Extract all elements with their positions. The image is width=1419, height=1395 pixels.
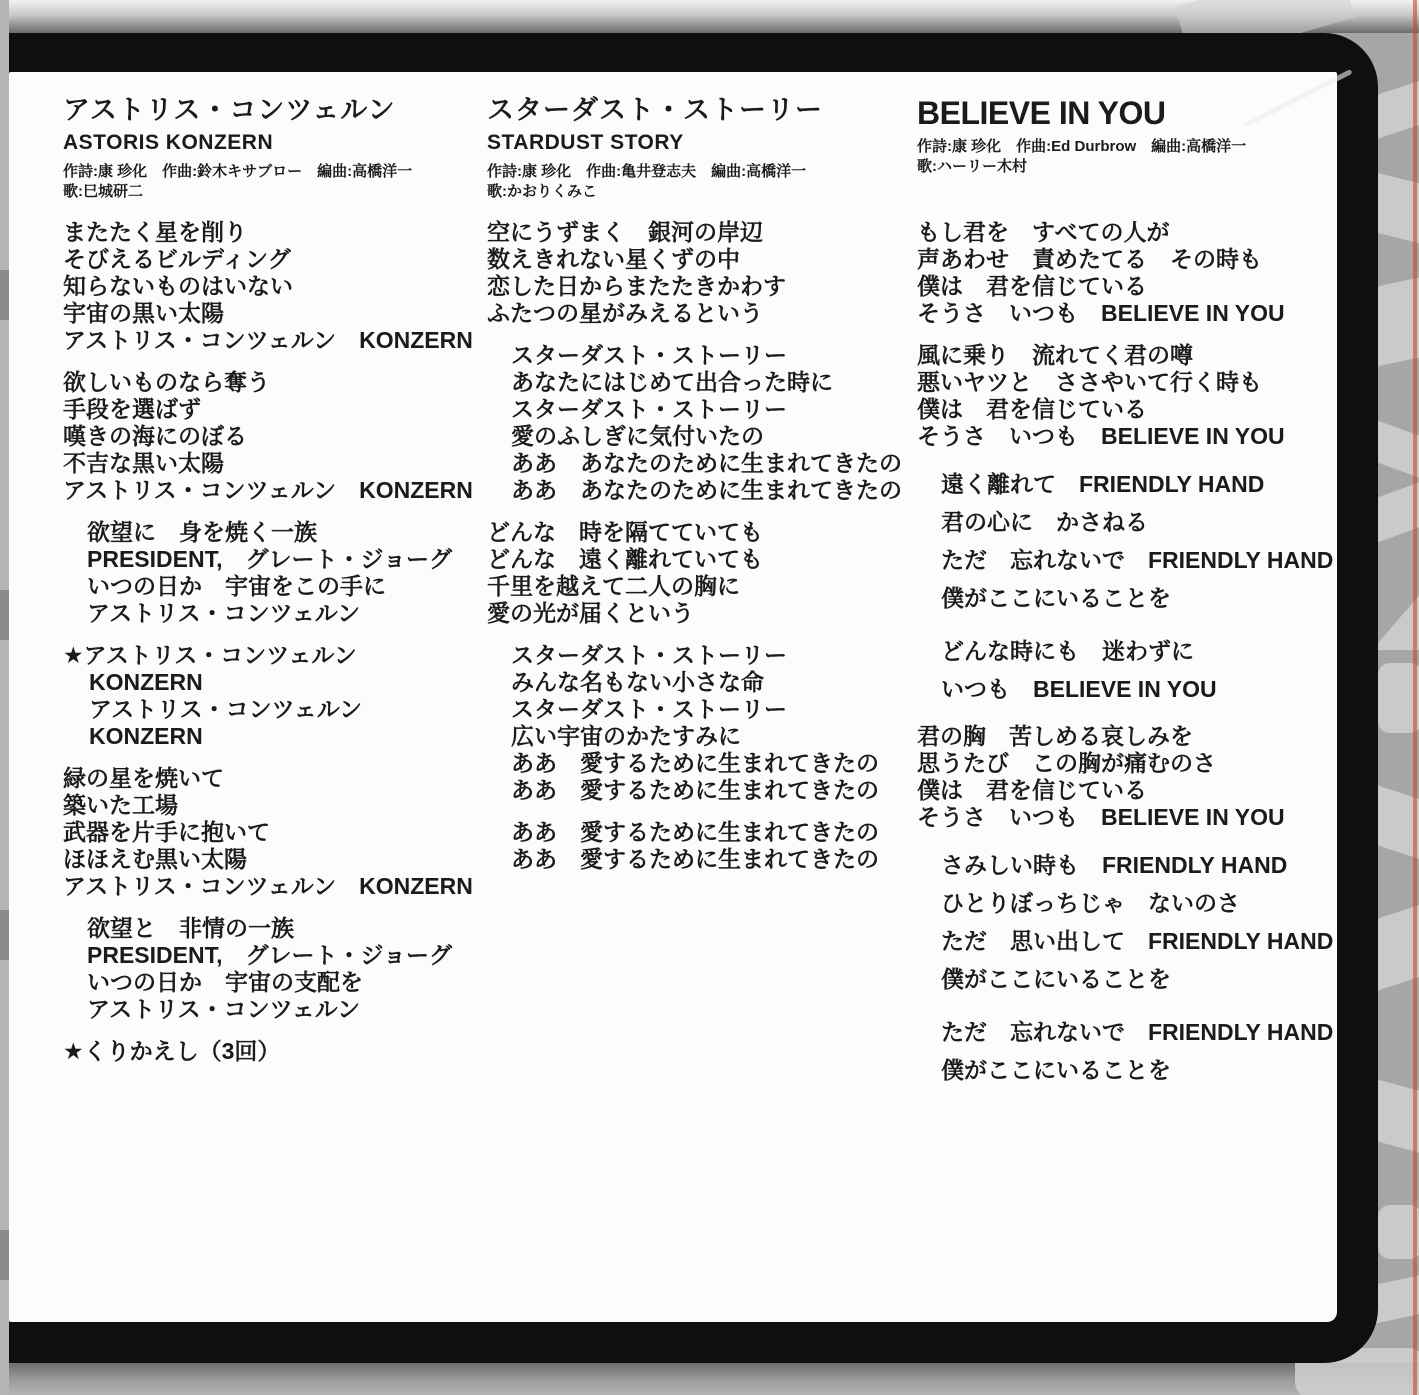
scan-left-edge <box>0 0 9 1395</box>
lyric-stanza: 空にうずまく 銀河の岸辺 数えきれない星くずの中 恋した日からまたたきかわす ふ… <box>487 219 917 327</box>
lyric-line: いつの日か 宇宙をこの手に <box>87 573 493 600</box>
lyric-stanza: またたく星を削り そびえるビルディング 知らないものはいない 宇宙の黒い太陽 ア… <box>63 219 493 354</box>
lyric-line: PRESIDENT, グレート・ジョーグ <box>87 546 493 573</box>
lyric-stanza: もし君を すべての人が 声あわせ 責めたてる その時も 僕は 君を信じている そ… <box>917 219 1347 327</box>
lyric-line: スターダスト・ストーリー <box>511 642 917 669</box>
lyric-line: そうさ いつも BELIEVE IN YOU <box>917 804 1347 831</box>
lyric-line: 緑の星を焼いて <box>63 765 493 792</box>
lyric-stanza: さみしい時も FRIENDLY HAND ひとりぼっちじゃ ないのさ ただ 思い… <box>917 846 1347 998</box>
song-header: アストリス・コンツェルン ASTORIS KONZERN 作詩:康 珍化 作曲:… <box>63 95 493 219</box>
lyric-line: ★アストリス・コンツェルン <box>63 642 493 669</box>
lyric-line: アストリス・コンツェルン KONZERN <box>63 477 493 504</box>
lyric-stanza: 風に乗り 流れてく君の噂 悪いヤツと ささやいて行く時も 僕は 君を信じている … <box>917 342 1347 450</box>
song-title: アストリス・コンツェルン <box>63 95 493 126</box>
lyric-stanza: 君の胸 苦しめる哀しみを 思うたび この胸が痛むのさ 僕は 君を信じている そう… <box>917 723 1347 831</box>
song-section-astoris-konzern: アストリス・コンツェルン ASTORIS KONZERN 作詩:康 珍化 作曲:… <box>63 95 493 1080</box>
lyric-line: 僕は 君を信じている <box>917 777 1347 804</box>
song-header: BELIEVE IN YOU 作詩:康 珍化 作曲:Ed Durbrow 編曲:… <box>917 95 1347 219</box>
lyric-stanza: 欲望と 非情の一族 PRESIDENT, グレート・ジョーグ いつの日か 宇宙の… <box>63 915 493 1023</box>
lyric-line: ああ 愛するために生まれてきたの <box>511 846 917 873</box>
lyric-stanza: 欲望に 身を焼く一族 PRESIDENT, グレート・ジョーグ いつの日か 宇宙… <box>63 519 493 627</box>
lyric-line: スターダスト・ストーリー <box>511 396 917 423</box>
lyric-stanza: ただ 忘れないで FRIENDLY HAND 僕がここにいることを <box>917 1013 1347 1089</box>
lyric-line: ふたつの星がみえるという <box>487 300 917 327</box>
lyric-line: いつの日か 宇宙の支配を <box>87 969 493 996</box>
lyric-line: ただ 思い出して FRIENDLY HAND <box>941 922 1347 960</box>
lyric-line: そうさ いつも BELIEVE IN YOU <box>917 300 1347 327</box>
lyric-line: 風に乗り 流れてく君の噂 <box>917 342 1347 369</box>
lyric-line: アストリス・コンツェルン <box>87 600 493 627</box>
song-title-romanized: ASTORIS KONZERN <box>63 131 493 155</box>
background-pattern-shape <box>1372 585 1419 650</box>
lyric-line: PRESIDENT, グレート・ジョーグ <box>87 942 493 969</box>
lyric-line: 千里を越えて二人の胸に <box>487 573 917 600</box>
song-credits-line: 歌:巳城研二 <box>63 182 493 202</box>
lyric-line: 広い宇宙のかたすみに <box>511 723 917 750</box>
lyric-line: 僕がここにいることを <box>941 579 1347 617</box>
song-credits-line: 作詩:康 珍化 作曲:Ed Durbrow 編曲:高橋洋一 <box>917 137 1347 157</box>
lyric-line: 欲望と 非情の一族 <box>87 915 493 942</box>
lyric-line: どんな 遠く離れていても <box>487 546 917 573</box>
lyric-line: 僕がここにいることを <box>941 960 1347 998</box>
lyric-line: 君の胸 苦しめる哀しみを <box>917 723 1347 750</box>
lyric-line: またたく星を削り <box>63 219 493 246</box>
lyric-line: ああ 愛するために生まれてきたの <box>511 777 917 804</box>
lyric-line: 嘆きの海にのぼる <box>63 423 493 450</box>
lyric-line: さみしい時も FRIENDLY HAND <box>941 846 1347 884</box>
lyric-line: そうさ いつも BELIEVE IN YOU <box>917 423 1347 450</box>
lyric-stanza: どんな時にも 迷わずに いつも BELIEVE IN YOU <box>917 632 1347 708</box>
lyric-stanza: ああ 愛するために生まれてきたの ああ 愛するために生まれてきたの <box>487 819 917 873</box>
lyric-stanza: スターダスト・ストーリー みんな名もない小さな命 スターダスト・ストーリー 広い… <box>487 642 917 804</box>
lyric-line: アストリス・コンツェルン <box>89 696 493 723</box>
lyric-line: ただ 忘れないで FRIENDLY HAND <box>941 1013 1347 1051</box>
lyric-line: スターダスト・ストーリー <box>511 696 917 723</box>
lyric-line: そびえるビルディング <box>63 246 493 273</box>
lyric-line: ああ 愛するために生まれてきたの <box>511 819 917 846</box>
scanned-lyrics-page: アストリス・コンツェルン ASTORIS KONZERN 作詩:康 珍化 作曲:… <box>0 0 1419 1395</box>
repeat-instruction: ★くりかえし（3回） <box>63 1038 493 1065</box>
scan-bottom-edge <box>0 1363 1419 1395</box>
lyric-stanza: 欲しいものなら奪う 手段を選ばず 嘆きの海にのぼる 不吉な黒い太陽 アストリス・… <box>63 369 493 504</box>
lyric-line: あなたにはじめて出合った時に <box>511 369 917 396</box>
lyric-stanza-refrain: ★アストリス・コンツェルン KONZERN アストリス・コンツェルン KONZE… <box>63 642 493 750</box>
lyric-stanza: 遠く離れて FRIENDLY HAND 君の心に かさねる ただ 忘れないで F… <box>917 465 1347 617</box>
lyric-line: 悪いヤツと ささやいて行く時も <box>917 369 1347 396</box>
song-credits-line: 作詩:康 珍化 作曲:鈴木キサブロー 編曲:高橋洋一 <box>63 162 493 182</box>
lyric-stanza: どんな 時を隔てていても どんな 遠く離れていても 千里を越えて二人の胸に 愛の… <box>487 519 917 627</box>
lyric-line: ひとりぼっちじゃ ないのさ <box>941 884 1347 922</box>
lyric-line: 君の心に かさねる <box>941 503 1347 541</box>
lyric-line: 僕がここにいることを <box>941 1051 1347 1089</box>
song-credits-line: 歌:ハーリー木村 <box>917 157 1347 177</box>
lyric-line: どんな 時を隔てていても <box>487 519 917 546</box>
lyric-line: KONZERN <box>89 723 493 750</box>
lyric-line: 愛のふしぎに気付いたの <box>511 423 917 450</box>
lyric-line: 空にうずまく 銀河の岸辺 <box>487 219 917 246</box>
lyric-line: 僕は 君を信じている <box>917 273 1347 300</box>
lyric-line: ただ 忘れないで FRIENDLY HAND <box>941 541 1347 579</box>
lyric-line: どんな時にも 迷わずに <box>941 632 1347 670</box>
lyric-line: 欲しいものなら奪う <box>63 369 493 396</box>
lyric-line: もし君を すべての人が <box>917 219 1347 246</box>
lyric-line: 知らないものはいない <box>63 273 493 300</box>
song-title-romanized: STARDUST STORY <box>487 131 917 155</box>
lyric-line: 恋した日からまたたきかわす <box>487 273 917 300</box>
lyric-line: アストリス・コンツェルン KONZERN <box>63 873 493 900</box>
lyric-line: アストリス・コンツェルン <box>87 996 493 1023</box>
song-title: BELIEVE IN YOU <box>917 95 1347 131</box>
lyric-line: ★くりかえし（3回） <box>63 1038 493 1065</box>
lyric-line: 声あわせ 責めたてる その時も <box>917 246 1347 273</box>
song-credits-line: 作詩:康 珍化 作曲:亀井登志夫 編曲:高橋洋一 <box>487 162 917 182</box>
lyric-line: KONZERN <box>89 669 493 696</box>
lyric-line: ああ 愛するために生まれてきたの <box>511 750 917 777</box>
lyric-line: 思うたび この胸が痛むのさ <box>917 750 1347 777</box>
lyric-line: ああ あなたのために生まれてきたの <box>511 450 917 477</box>
lyric-line: 不吉な黒い太陽 <box>63 450 493 477</box>
lyric-line: アストリス・コンツェルン KONZERN <box>63 327 493 354</box>
lyric-line: ほほえむ黒い太陽 <box>63 846 493 873</box>
lyric-line: 遠く離れて FRIENDLY HAND <box>941 465 1347 503</box>
lyric-stanza: スターダスト・ストーリー あなたにはじめて出合った時に スターダスト・ストーリー… <box>487 342 917 504</box>
lyric-line: 武器を片手に抱いて <box>63 819 493 846</box>
lyric-line: いつも BELIEVE IN YOU <box>941 670 1347 708</box>
lyric-line: みんな名もない小さな命 <box>511 669 917 696</box>
song-credits-line: 歌:かおりくみこ <box>487 182 917 202</box>
lyric-line: ああ あなたのために生まれてきたの <box>511 477 917 504</box>
lyric-line: スターダスト・ストーリー <box>511 342 917 369</box>
lyric-line: 築いた工場 <box>63 792 493 819</box>
lyric-line: 手段を選ばず <box>63 396 493 423</box>
lyric-line: 愛の光が届くという <box>487 600 917 627</box>
song-section-stardust-story: スターダスト・ストーリー STARDUST STORY 作詩:康 珍化 作曲:亀… <box>487 95 917 888</box>
song-title: スターダスト・ストーリー <box>487 95 917 126</box>
lyric-line: 僕は 君を信じている <box>917 396 1347 423</box>
lyric-line: 欲望に 身を焼く一族 <box>87 519 493 546</box>
lyric-line: 宇宙の黒い太陽 <box>63 300 493 327</box>
song-section-believe-in-you: BELIEVE IN YOU 作詩:康 珍化 作曲:Ed Durbrow 編曲:… <box>917 95 1347 1104</box>
song-header: スターダスト・ストーリー STARDUST STORY 作詩:康 珍化 作曲:亀… <box>487 95 917 219</box>
lyric-line: 数えきれない星くずの中 <box>487 246 917 273</box>
lyric-stanza: 緑の星を焼いて 築いた工場 武器を片手に抱いて ほほえむ黒い太陽 アストリス・コ… <box>63 765 493 900</box>
scan-artifact-red-line <box>1413 0 1417 1395</box>
